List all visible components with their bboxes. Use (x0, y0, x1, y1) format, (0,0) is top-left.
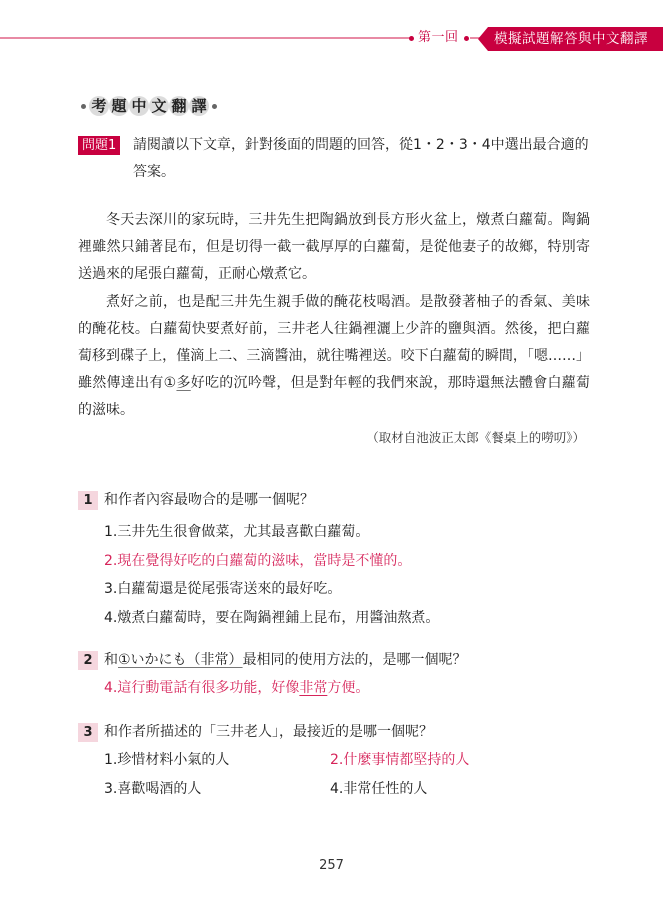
section-heading: 考 題 中 文 翻 譯 (78, 96, 220, 116)
section-title-char: 考 (89, 96, 109, 116)
header-dot-right (464, 36, 469, 41)
question-number-badge: 2 (78, 651, 98, 670)
bullet-icon (81, 104, 86, 109)
reading-passage: 冬天去深川的家玩時，三井先生把陶鍋放到長方形火盆上，燉煮白蘿蔔。陶鍋裡雖然只鋪著… (78, 207, 590, 425)
passage-source: （取材自池波正太郎《餐桌上的嘮叨》） (366, 428, 585, 446)
underlined-term: 非常 (299, 680, 327, 696)
question-2: 2 和①いかにも（非常）最相同的使用方法的，是哪一個呢？ 4.這行動電話有很多功… (78, 650, 598, 703)
underlined-term: 多 (176, 375, 190, 391)
header-chapter: 第一回 (418, 29, 459, 46)
bullet-icon (212, 104, 217, 109)
option: 3.喜歡喝酒的人 (104, 775, 330, 804)
option: 1.三井先生很會做菜，尤其最喜歡白蘿蔔。 (104, 518, 598, 547)
option-correct-answer: 4.這行動電話有很多功能，好像非常方便。 (104, 674, 598, 703)
option-correct-answer: 2.什麼事情都堅持的人 (330, 746, 598, 775)
section-title-char: 翻 (169, 96, 189, 116)
question-stem: 和作者所描述的「三井老人」，最接近的是哪一個呢？ (104, 722, 598, 743)
instruction-block: 問題1 請閱讀以下文章，針對後面的問題的回答，從1・2・3・4中選出最合適的答案… (78, 136, 598, 186)
option: 4.燉煮白蘿蔔時，要在陶鍋裡鋪上昆布，用醬油熬煮。 (104, 604, 598, 633)
option-correct-answer: 2.現在覺得好吃的白蘿蔔的滋味，當時是不懂的。 (104, 547, 598, 576)
section-title-char: 題 (109, 96, 129, 116)
header-title: 模擬試題解答與中文翻譯 (494, 30, 648, 48)
passage-paragraph-2: 煮好之前，也是配三井先生親手做的醃花枝喝酒。是散發著柚子的香氣、美味的醃花枝。白… (78, 289, 590, 425)
question-stem: 和作者內容最吻合的是哪一個呢？ (104, 490, 598, 511)
stem-text: 和 (104, 652, 118, 668)
answer-text: 4.這行動電話有很多功能，好像 (104, 680, 299, 696)
answer-text: 方便。 (327, 680, 369, 696)
question-3: 3 和作者所描述的「三井老人」，最接近的是哪一個呢？ 1.珍惜材料小氣的人 2.… (78, 722, 598, 803)
page-number: 257 (0, 858, 663, 873)
option: 1.珍惜材料小氣的人 (104, 746, 330, 775)
question-number-badge: 3 (78, 723, 98, 742)
option: 3.白蘿蔔還是從尾張寄送來的最好吃。 (104, 575, 598, 604)
underlined-term: ①いかにも（非常） (118, 652, 243, 668)
question-number-badge: 1 (78, 491, 98, 510)
instruction-text: 請閱讀以下文章，針對後面的問題的回答，從1・2・3・4中選出最合適的答案。 (133, 132, 598, 186)
header-dot-left (409, 36, 414, 41)
option: 4.非常任性的人 (330, 775, 598, 804)
stem-text: 最相同的使用方法的，是哪一個呢？ (243, 652, 467, 668)
passage-paragraph-1: 冬天去深川的家玩時，三井先生把陶鍋放到長方形火盆上，燉煮白蘿蔔。陶鍋裡雖然只鋪著… (78, 207, 590, 289)
question-stem: 和①いかにも（非常）最相同的使用方法的，是哪一個呢？ (104, 650, 598, 671)
problem-badge: 問題1 (78, 136, 120, 155)
section-title-char: 中 (129, 96, 149, 116)
header-rule (0, 37, 410, 39)
question-1: 1 和作者內容最吻合的是哪一個呢？ 1.三井先生很會做菜，尤其最喜歡白蘿蔔。 2… (78, 490, 598, 632)
header-title-ribbon: 模擬試題解答與中文翻譯 (478, 27, 663, 51)
section-title-char: 文 (149, 96, 169, 116)
section-title-char: 譯 (189, 96, 209, 116)
